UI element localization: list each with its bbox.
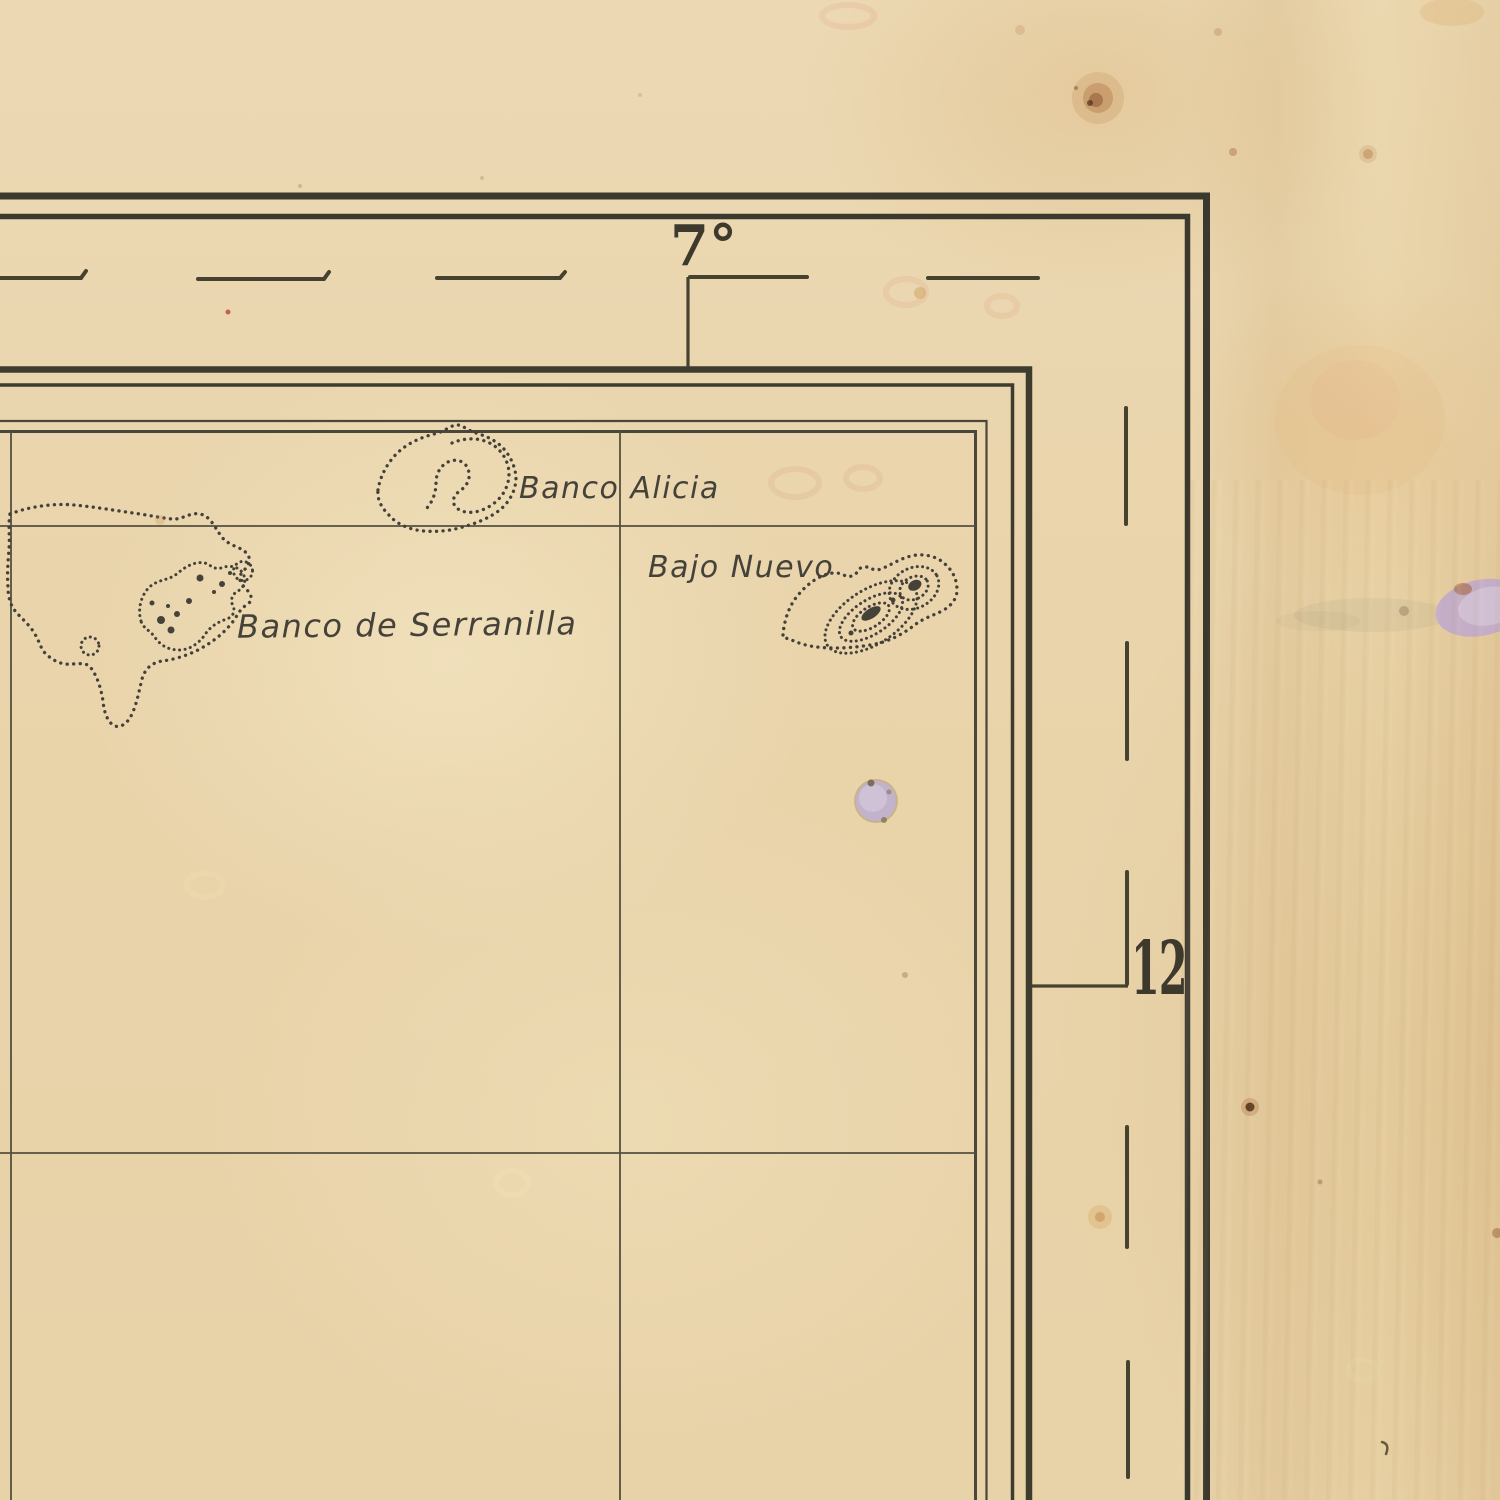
latitude-label: 12 [1131, 926, 1186, 1012]
banco-alicia-outline [378, 425, 516, 532]
map-grid [0, 431, 975, 1500]
purple-edge-stain [1276, 571, 1500, 645]
feature-label-banco-alicia: Banco Alicia [519, 471, 720, 506]
purple-blot [854, 779, 898, 823]
outer-neatline [0, 196, 1207, 1500]
longitude-label: 7° [670, 213, 737, 279]
graticule-dashed-latitude [1126, 408, 1128, 1477]
inner-frame [0, 370, 1029, 1500]
feature-label-banco-de-serranilla: Banco de Serranilla [237, 604, 578, 646]
banco-de-serranilla-outline [8, 504, 253, 726]
graticule-dashed-longitude [0, 271, 1038, 279]
paper-watermarks [187, 5, 1377, 1380]
map-linework [0, 0, 1500, 1500]
map-sheet: 7° 12 Banco Alicia Bajo Nuevo Banco de S… [0, 0, 1500, 1500]
map-border [0, 421, 987, 1500]
feature-label-bajo-nuevo: Bajo Nuevo [648, 550, 834, 585]
